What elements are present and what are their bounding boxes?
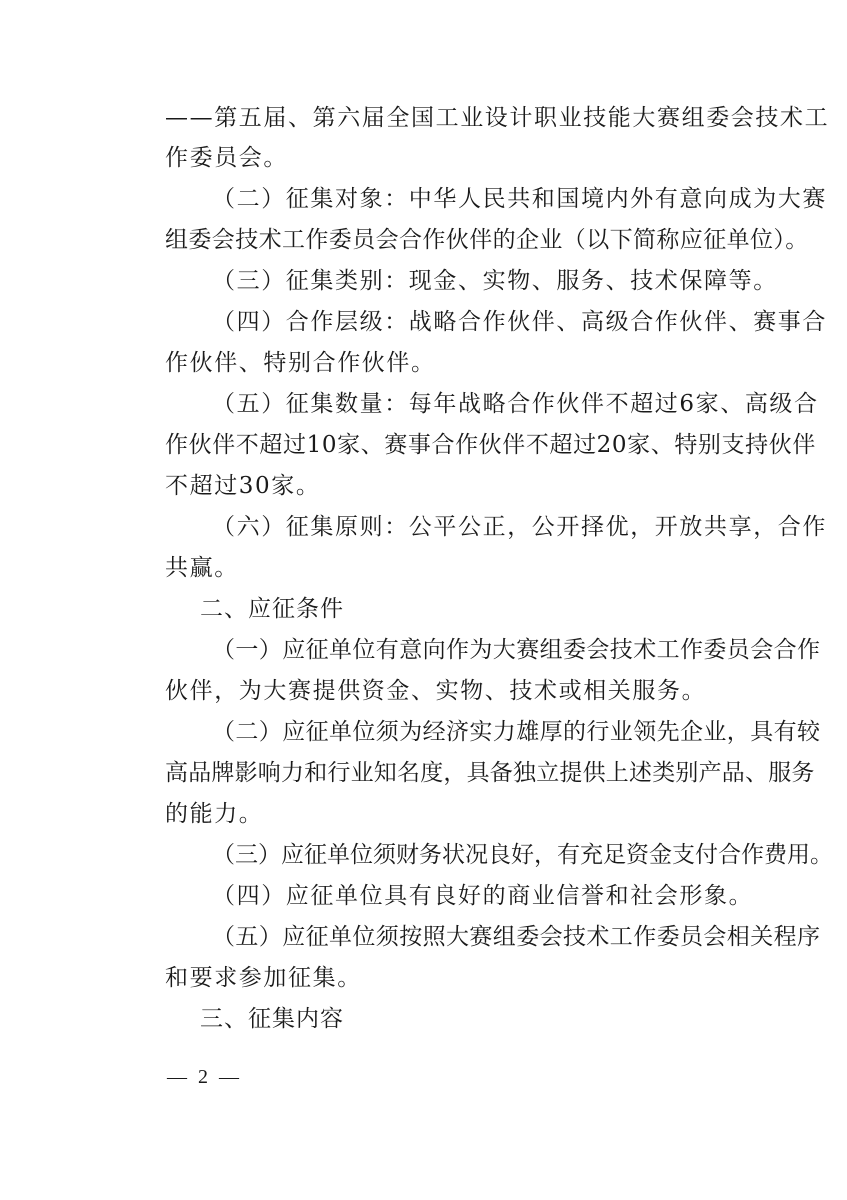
text-line: ——第五届、第六届全国工业设计职业技能大赛组委会技术工 — [165, 103, 695, 133]
paragraph-collection-principle: （六）征集原则：公平公正，公开择优，开放共享，合作 — [212, 512, 695, 542]
paragraph-condition-3: （三）应征单位须财务状况良好，有充足资金支付合作费用。 — [212, 840, 695, 870]
paragraph-condition-5: （五）应征单位须按照大赛组委会技术工作委员会相关程序 — [212, 922, 695, 952]
text-line: 作伙伴、特别合作伙伴。 — [165, 348, 695, 378]
text-line: 伙伴，为大赛提供资金、实物、技术或相关服务。 — [165, 676, 695, 706]
text-line: 作伙伴不超过10家、赛事合作伙伴不超过20家、特别支持伙伴 — [165, 430, 695, 460]
paragraph-condition-1: （一）应征单位有意向作为大赛组委会技术工作委员会合作 — [212, 635, 695, 665]
text-line: 高品牌影响力和行业知名度，具备独立提供上述类别产品、服务 — [165, 758, 695, 788]
paragraph-cooperation-level: （四）合作层级：战略合作伙伴、高级合作伙伴、赛事合 — [212, 307, 695, 337]
paragraph-condition-4: （四）应征单位具有良好的商业信誉和社会形象。 — [212, 881, 695, 911]
section-heading-collection-content: 三、征集内容 — [200, 1004, 730, 1034]
paragraph-condition-2: （二）应征单位须为经济实力雄厚的行业领先企业，具有较 — [212, 717, 695, 747]
paragraph-collection-category: （三）征集类别：现金、实物、服务、技术保障等。 — [212, 266, 695, 296]
text-line: 作委员会。 — [165, 143, 695, 173]
page-number: — 2 — — [167, 1064, 242, 1090]
text-line: 的能力。 — [165, 799, 695, 829]
text-line: 共赢。 — [165, 553, 695, 583]
text-line: 不超过30家。 — [165, 471, 695, 501]
section-heading-application-conditions: 二、应征条件 — [200, 594, 730, 624]
paragraph-collection-quantity: （五）征集数量：每年战略合作伙伴不超过6家、高级合 — [212, 389, 695, 419]
text-line: 组委会技术工作委员会合作伙伴的企业（以下简称应征单位）。 — [165, 225, 695, 255]
text-line: 和要求参加征集。 — [165, 963, 695, 993]
paragraph-collection-target: （二）征集对象：中华人民共和国境内外有意向成为大赛 — [212, 184, 695, 214]
document-page: ——第五届、第六届全国工业设计职业技能大赛组委会技术工 作委员会。 （二）征集对… — [0, 0, 847, 1200]
